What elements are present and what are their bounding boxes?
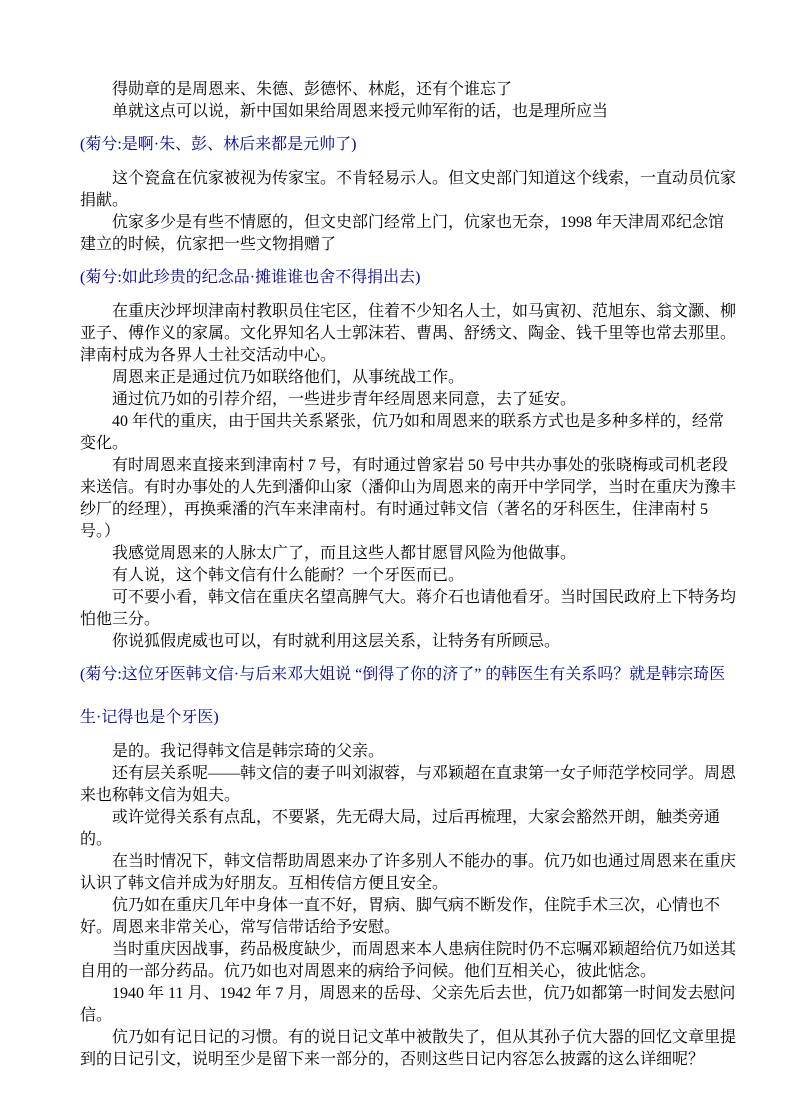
paragraph: 有时周恩来直接来到津南村 7 号，有时通过曾家岩 50 号中共办事处的张晓梅或司… (80, 455, 738, 543)
paragraph: 在重庆沙坪坝津南村教职员住宅区，住着不少知名人士，如马寅初、范旭东、翁文灏、柳亚… (80, 301, 738, 367)
annotation-note: (菊兮:这位牙医韩文信·与后来邓大姐说 “倒得了你的济了” 的韩医生有关系吗？就… (80, 653, 738, 739)
paragraph: 伉乃如有记日记的习惯。有的说日记文革中被散失了，但从其孙子伉大器的回忆文章里提到… (80, 1027, 738, 1071)
annotation-note: (菊兮:如此珍贵的纪念品·摊谁谁也舍不得捐出去) (80, 256, 738, 299)
paragraph: 这个瓷盒在伉家被视为传家宝。不肯轻易示人。但文史部门知道这个线索，一直动员伉家捐… (80, 168, 738, 212)
paragraph: 周恩来正是通过伉乃如联络他们，从事统战工作。 (80, 367, 738, 389)
paragraph: 我感觉周恩来的人脉太广了，而且这些人都甘愿冒风险为他做事。 (80, 543, 738, 565)
paragraph: 得勋章的是周恩来、朱德、彭德怀、林彪，还有个谁忘了 (80, 79, 738, 101)
paragraph: 有人说，这个韩文信有什么能耐？一个牙医而已。 (80, 565, 738, 587)
annotation-note: (菊兮:是啊·朱、彭、林后来都是元帅了) (80, 123, 738, 166)
paragraph: 是的。我记得韩文信是韩宗琦的父亲。 (80, 741, 738, 763)
paragraph: 在当时情况下，韩文信帮助周恩来办了许多别人不能办的事。伉乃如也通过周恩来在重庆认… (80, 851, 738, 895)
document-body: 得勋章的是周恩来、朱德、彭德怀、林彪，还有个谁忘了单就这点可以说，新中国如果给周… (0, 0, 738, 1071)
document-page: 得勋章的是周恩来、朱德、彭德怀、林彪，还有个谁忘了单就这点可以说，新中国如果给周… (0, 0, 800, 1100)
paragraph: 伉家多少是有些不情愿的，但文史部门经常上门，伉家也无奈，1998 年天津周邓纪念… (80, 212, 738, 256)
paragraph: 通过伉乃如的引荐介绍，一些进步青年经周恩来同意，去了延安。 (80, 389, 738, 411)
paragraph: 40 年代的重庆，由于国共关系紧张，伉乃如和周恩来的联系方式也是多种多样的，经常… (80, 411, 738, 455)
paragraph: 还有层关系呢——韩文信的妻子叫刘淑蓉，与邓颖超在直隶第一女子师范学校同学。周恩来… (80, 763, 738, 807)
paragraph: 1940 年 11 月、1942 年 7 月，周恩来的岳母、父亲先后去世，伉乃如… (80, 983, 738, 1027)
paragraph: 你说狐假虎威也可以，有时就利用这层关系，让特务有所顾忌。 (80, 631, 738, 653)
paragraph: 可不要小看，韩文信在重庆名望高脾气大。蒋介石也请他看牙。当时国民政府上下特务均怕… (80, 587, 738, 631)
paragraph: 单就这点可以说，新中国如果给周恩来授元帅军衔的话，也是理所应当 (80, 101, 738, 123)
paragraph: 或许觉得关系有点乱，不要紧，先无碍大局，过后再梳理，大家会豁然开朗，触类旁通的。 (80, 807, 738, 851)
paragraph: 伉乃如在重庆几年中身体一直不好，胃病、脚气病不断发作，住院手术三次，心情也不好。… (80, 895, 738, 939)
paragraph: 当时重庆因战事，药品极度缺少，而周恩来本人患病住院时仍不忘嘱邓颖超给伉乃如送其自… (80, 939, 738, 983)
